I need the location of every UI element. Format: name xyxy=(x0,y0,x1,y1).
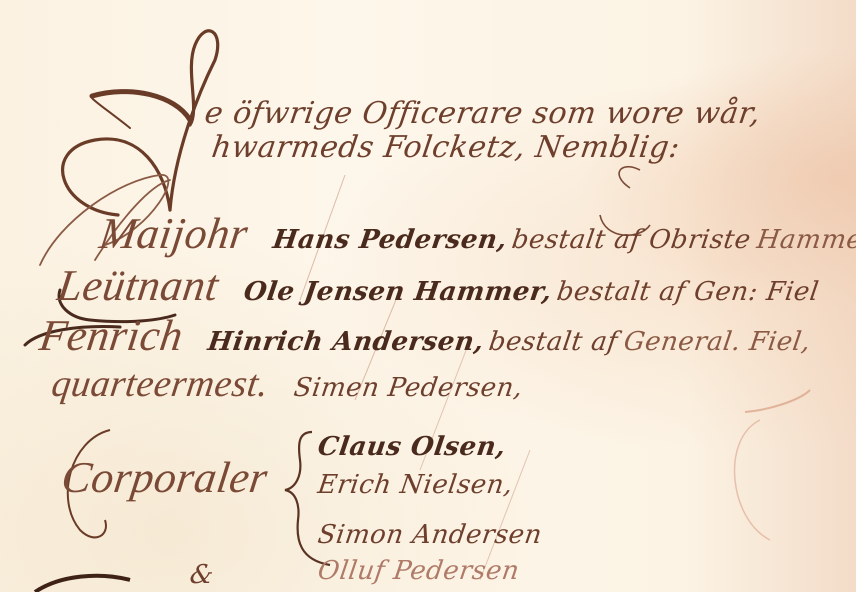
corporal-name-row: Olluf Pedersen xyxy=(318,556,519,586)
roster-row: Leütnant Ole Jensen Hammer, bestalt af G… xyxy=(58,260,819,311)
roster-row: Fenrich Hinrich Andersen, bestalt af Gen… xyxy=(40,310,810,361)
footer-fragment: & xyxy=(190,560,214,590)
heading-line-2: hwarmeds Folcketz, Nemblig: xyxy=(212,130,680,165)
officer-name: Simen Pedersen, xyxy=(292,373,525,403)
initial-d-flourish xyxy=(63,31,218,215)
officer-name: Hans Pedersen, xyxy=(271,225,509,255)
roster-row: Maijohr Hans Pedersen, bestalt af Obrist… xyxy=(100,208,856,259)
corporals-label: Corporaler xyxy=(62,452,267,503)
footer-fragment-text: & xyxy=(188,560,216,590)
appointment-note: bestalt af xyxy=(487,327,620,357)
corporal-name-row: Simon Andersen xyxy=(318,520,542,550)
heading-text-2: hwarmeds Folcketz, Nemblig: xyxy=(210,130,683,165)
corporal-name: Olluf Pedersen xyxy=(316,556,521,586)
corporal-name-row: Erich Nielsen, xyxy=(318,470,513,500)
corporal-name: Erich Nielsen, xyxy=(316,470,515,500)
appointment-note: bestalt af Gen: Fiel xyxy=(555,277,821,307)
heading-text-1: e öfwrige Officerare som wore wår, xyxy=(203,96,763,131)
rank-label: quarteermest. xyxy=(49,362,272,406)
manuscript-page: e öfwrige Officerare som wore wår, hwarm… xyxy=(0,0,856,592)
officer-name: Hinrich Andersen, xyxy=(206,327,486,357)
corporal-name: Claus Olsen, xyxy=(316,432,508,462)
rank-label: Maijohr xyxy=(96,208,251,259)
appointment-note-2: Hammel, xyxy=(755,225,856,255)
roster-row: quarteermest. Simen Pedersen, xyxy=(52,362,522,406)
appointment-note: bestalt af Obriste xyxy=(510,225,753,255)
corporal-name-row: Claus Olsen, xyxy=(318,432,506,462)
rank-label: Leütnant xyxy=(54,260,222,311)
corporal-name: Simon Andersen xyxy=(316,520,544,550)
appointment-note-2: General. Fiel, xyxy=(621,327,812,357)
corporals-label-text: Corporaler xyxy=(58,452,271,503)
heading-line-1: e öfwrige Officerare som wore wår, xyxy=(205,96,760,131)
officer-name: Ole Jensen Hammer, xyxy=(242,277,554,307)
rank-label: Fenrich xyxy=(36,310,186,361)
